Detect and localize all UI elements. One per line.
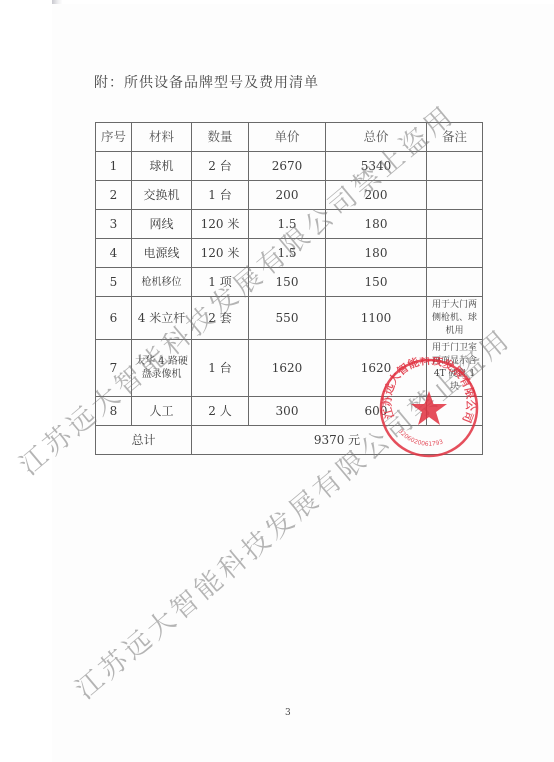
cell-material: 交换机 xyxy=(132,181,192,210)
header-unit-price: 单价 xyxy=(249,123,326,152)
cell-unit-price: 300 xyxy=(249,397,326,426)
cell-material: 电源线 xyxy=(132,239,192,268)
cell-material: 人工 xyxy=(132,397,192,426)
header-no: 序号 xyxy=(96,123,132,152)
table-row: 1 球机 2 台 2670 5340 xyxy=(96,152,483,181)
table-row: 5 枪机移位 1 项 150 150 xyxy=(96,268,483,297)
cell-no: 2 xyxy=(96,181,132,210)
cell-note xyxy=(427,239,483,268)
document-title: 附：所供设备品牌型号及费用清单 xyxy=(94,72,319,92)
cell-material: 球机 xyxy=(132,152,192,181)
cell-no: 6 xyxy=(96,297,132,340)
cell-material: 枪机移位 xyxy=(132,268,192,297)
table-row: 2 交换机 1 台 200 200 xyxy=(96,181,483,210)
svg-text:3206020061793: 3206020061793 xyxy=(397,428,445,448)
cell-no: 3 xyxy=(96,210,132,239)
cell-quantity: 2 人 xyxy=(192,397,249,426)
cell-material: 网线 xyxy=(132,210,192,239)
header-material: 材料 xyxy=(132,123,192,152)
cell-total: 180 xyxy=(326,239,427,268)
cell-note xyxy=(427,268,483,297)
cell-quantity: 1 台 xyxy=(192,340,249,397)
cell-note xyxy=(427,181,483,210)
cell-quantity: 120 米 xyxy=(192,210,249,239)
cell-total: 1100 xyxy=(326,297,427,340)
cell-quantity: 1 台 xyxy=(192,181,249,210)
cell-unit-price: 550 xyxy=(249,297,326,340)
cell-note xyxy=(427,152,483,181)
page-number: 3 xyxy=(285,708,291,718)
cell-unit-price: 1620 xyxy=(249,340,326,397)
total-label: 总计 xyxy=(96,426,192,455)
seal-serial: 3206020061793 xyxy=(397,428,445,448)
cell-no: 5 xyxy=(96,268,132,297)
cell-no: 1 xyxy=(96,152,132,181)
cell-quantity: 2 台 xyxy=(192,152,249,181)
cell-note xyxy=(427,210,483,239)
cell-unit-price: 2670 xyxy=(249,152,326,181)
cell-total: 150 xyxy=(326,268,427,297)
company-seal-stamp: 江苏远大智能科技发展有限公司 3206020061793 xyxy=(378,357,480,459)
cell-no: 4 xyxy=(96,239,132,268)
header-quantity: 数量 xyxy=(192,123,249,152)
star-icon xyxy=(411,391,447,425)
